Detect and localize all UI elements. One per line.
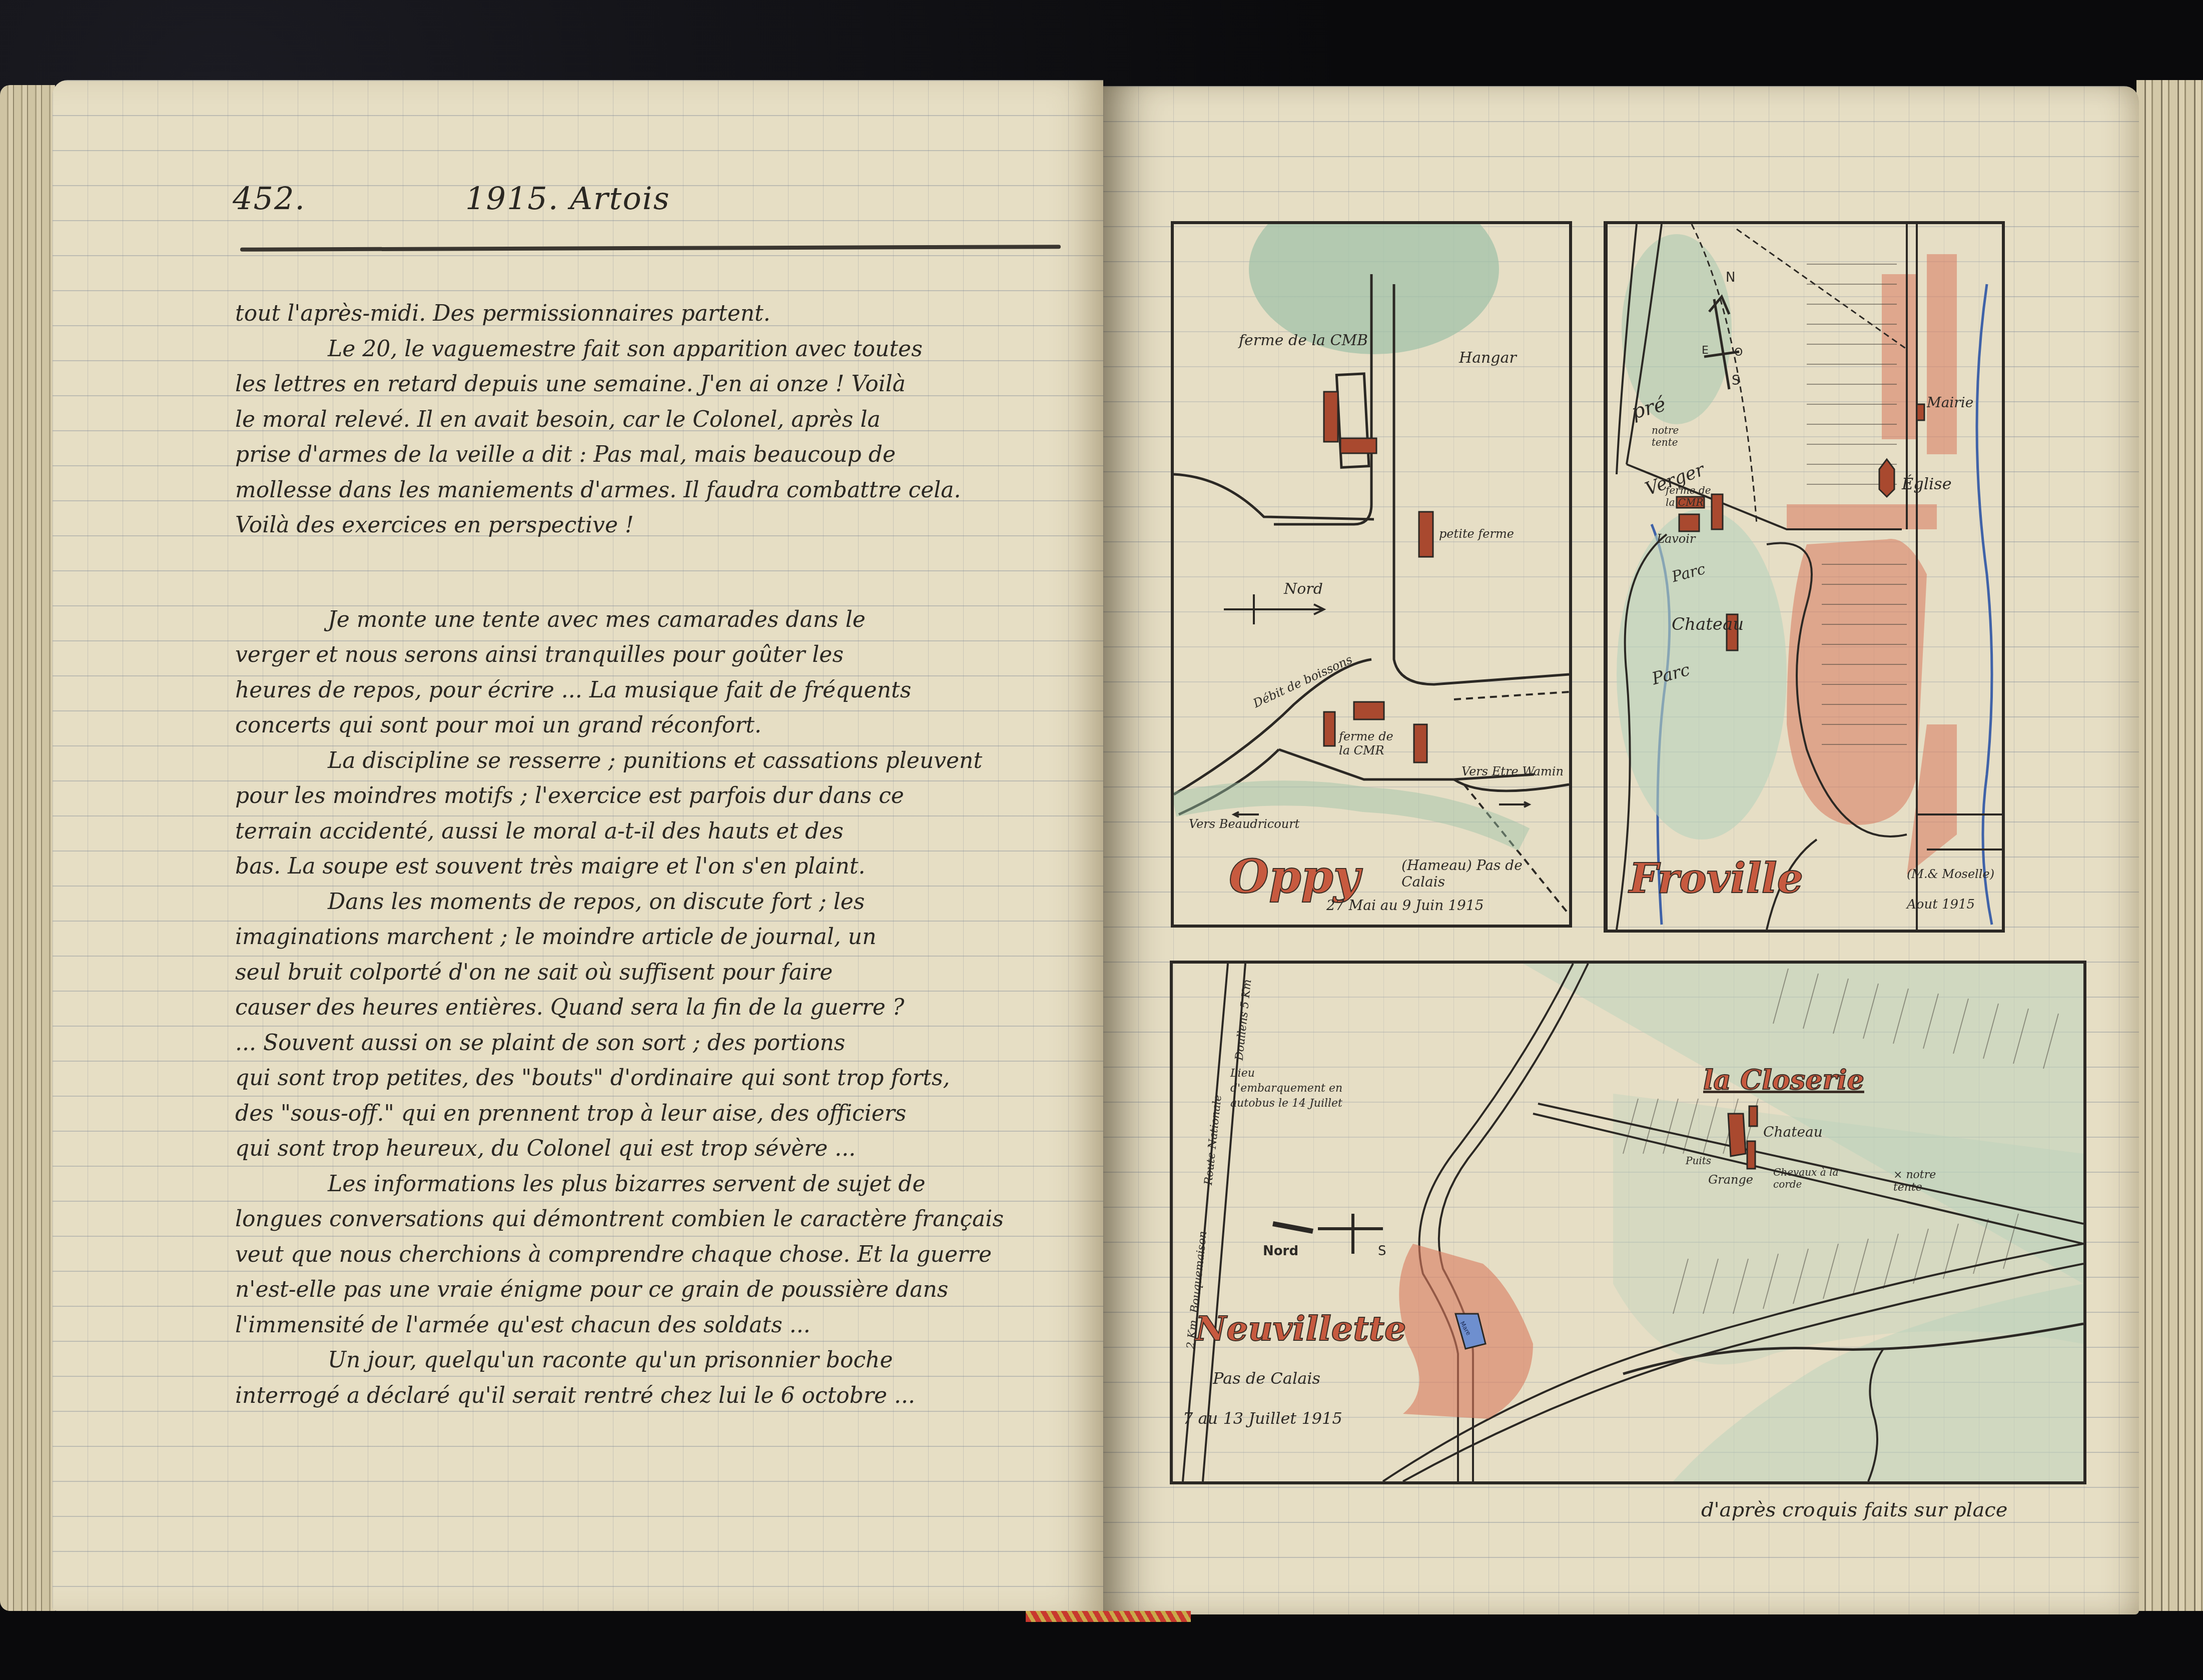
journal-line: des "sous-off." qui en prennent trop à l… [235,1096,1106,1132]
journal-line: verger et nous serons ainsi tranquilles … [235,637,1106,673]
map-subtitle-oppy: (Hameau) Pas de Calais [1401,857,1562,890]
label-vers-etre-wamin: Vers Etre Wamin [1461,764,1564,778]
journal-line: pour les moindres motifs ; l'exercice es… [235,778,1106,814]
journal-line: Les informations les plus bizarres serve… [235,1167,1106,1202]
map-title-neuvillette: Neuvillette [1195,1309,1406,1349]
label-puits: Puits [1686,1155,1711,1167]
journal-line: seul bruit colporté d'on ne sait où suff… [235,955,1106,991]
spine-headband [1026,1611,1191,1622]
journal-line: interrogé a déclaré qu'il serait rentré … [235,1378,1106,1414]
page-header-title: 1915. Artois [465,180,670,217]
label-la-closerie: la Closerie [1703,1064,1864,1096]
map-title-froville: Froville [1629,855,1803,903]
journal-line: imaginations marchent ; le moindre artic… [235,920,1106,955]
page-number: 452. [233,180,306,217]
journal-line: Dans les moments de repos, on discute fo… [235,885,1106,920]
neuvillette-drawing [1173,964,2083,1481]
map-froville: N E O S pré notre tente Verger ferme de … [1604,221,2005,933]
right-page-stack [2136,80,2203,1611]
label-lavoir: Lavoir [1657,532,1695,546]
journal-line: veut que nous cherchions à comprendre ch… [235,1237,1106,1273]
journal-text: tout l'après-midi. Des permissionnaires … [235,296,1106,1413]
journal-line: le moral relevé. Il en avait besoin, car… [235,402,1106,438]
journal-line: Un jour, quelqu'un raconte qu'un prisonn… [235,1343,1106,1378]
map-title-oppy: Oppy [1229,850,1360,904]
journal-line: longues conversations qui démontrent com… [235,1202,1106,1237]
label-hangar: Hangar [1459,349,1517,367]
journal-line: l'immensité de l'armée qu'est chacun des… [235,1308,1106,1343]
map-neuvillette: Route Nationale Doullens 5 Km 2 Km. Bouq… [1170,961,2086,1484]
label-grange: Grange [1708,1173,1753,1187]
journal-line: qui sont trop petites, des "bouts" d'ord… [235,1061,1106,1096]
map-oppy: ferme de la CMB Hangar petite ferme Nord… [1171,221,1572,928]
map-dates-neuvillette: 7 au 13 Juillet 1915 [1183,1409,1342,1428]
journal-line: bas. La soupe est souvent très maigre et… [235,849,1106,885]
map-subtitle-neuvillette: Pas de Calais [1213,1369,1320,1388]
map-dates-oppy: 27 Mai au 9 Juin 1915 [1326,897,1484,914]
journal-line: Le 20, le vaguemestre fait son apparitio… [235,332,1106,367]
journal-line: les lettres en retard depuis une semaine… [235,367,1106,402]
journal-line: qui sont trop heureux, du Colonel qui es… [235,1131,1106,1167]
journal-line: mollesse dans les maniements d'armes. Il… [235,473,1106,508]
journal-line: heures de repos, pour écrire ... La musi… [235,673,1106,708]
compass-n: N [1726,270,1735,285]
journal-line: concerts qui sont pour moi un grand réco… [235,708,1106,743]
froville-drawing [1607,224,2002,930]
label-chevaux-corde: Chevaux à la corde [1773,1166,1848,1190]
label-eglise: Église [1902,474,1952,493]
journal-line: La discipline se resserre ; punitions et… [235,743,1106,779]
label-notre-tente: notre tente [1652,424,1707,448]
compass-s: S [1732,373,1740,388]
label-ferme-cmb: ferme de la CMB [1239,332,1368,349]
label-notre-tente: × notre tente [1893,1169,1958,1194]
journal-line: Voilà des exercices en perspective ! [235,508,1106,543]
label-mairie: Mairie [1927,394,1973,411]
map-subtitle-froville: (M.& Moselle) [1907,867,1994,881]
journal-line: tout l'après-midi. Des permissionnaires … [235,296,1106,332]
journal-line: n'est-elle pas une vraie énigme pour ce … [235,1272,1106,1308]
label-nord: Nord [1284,580,1323,598]
label-vers-beaudricourt: Vers Beaudricourt [1189,817,1299,831]
left-page-stack [0,85,55,1611]
label-lieu-embarquement: Lieu d'embarquement en autobus le 14 Jui… [1230,1066,1345,1111]
label-ferme-cmr: ferme de la CMR [1666,484,1721,508]
label-chateau: Chateau [1672,614,1744,634]
paragraph-gap [235,543,1106,602]
compass-o: O [1734,346,1743,359]
maps-caption: d'après croquis faits sur place [1701,1498,2007,1521]
journal-line: ... Souvent aussi on se plaint de son so… [235,1026,1106,1061]
label-nord: Nord [1263,1244,1298,1259]
journal-line: causer des heures entières. Quand sera l… [235,990,1106,1026]
journal-line: prise d'armes de la veille a dit : Pas m… [235,437,1106,473]
label-chateau: Chateau [1763,1124,1823,1140]
label-petite-ferme: petite ferme [1439,527,1514,541]
journal-line: terrain accidenté, aussi le moral a-t-il… [235,814,1106,850]
label-s: S [1378,1244,1386,1259]
label-ferme-cmr: ferme de la CMR [1339,729,1394,757]
journal-line: Je monte une tente avec mes camarades da… [235,602,1106,638]
map-dates-froville: Aout 1915 [1907,897,1975,912]
compass-e: E [1702,344,1709,357]
